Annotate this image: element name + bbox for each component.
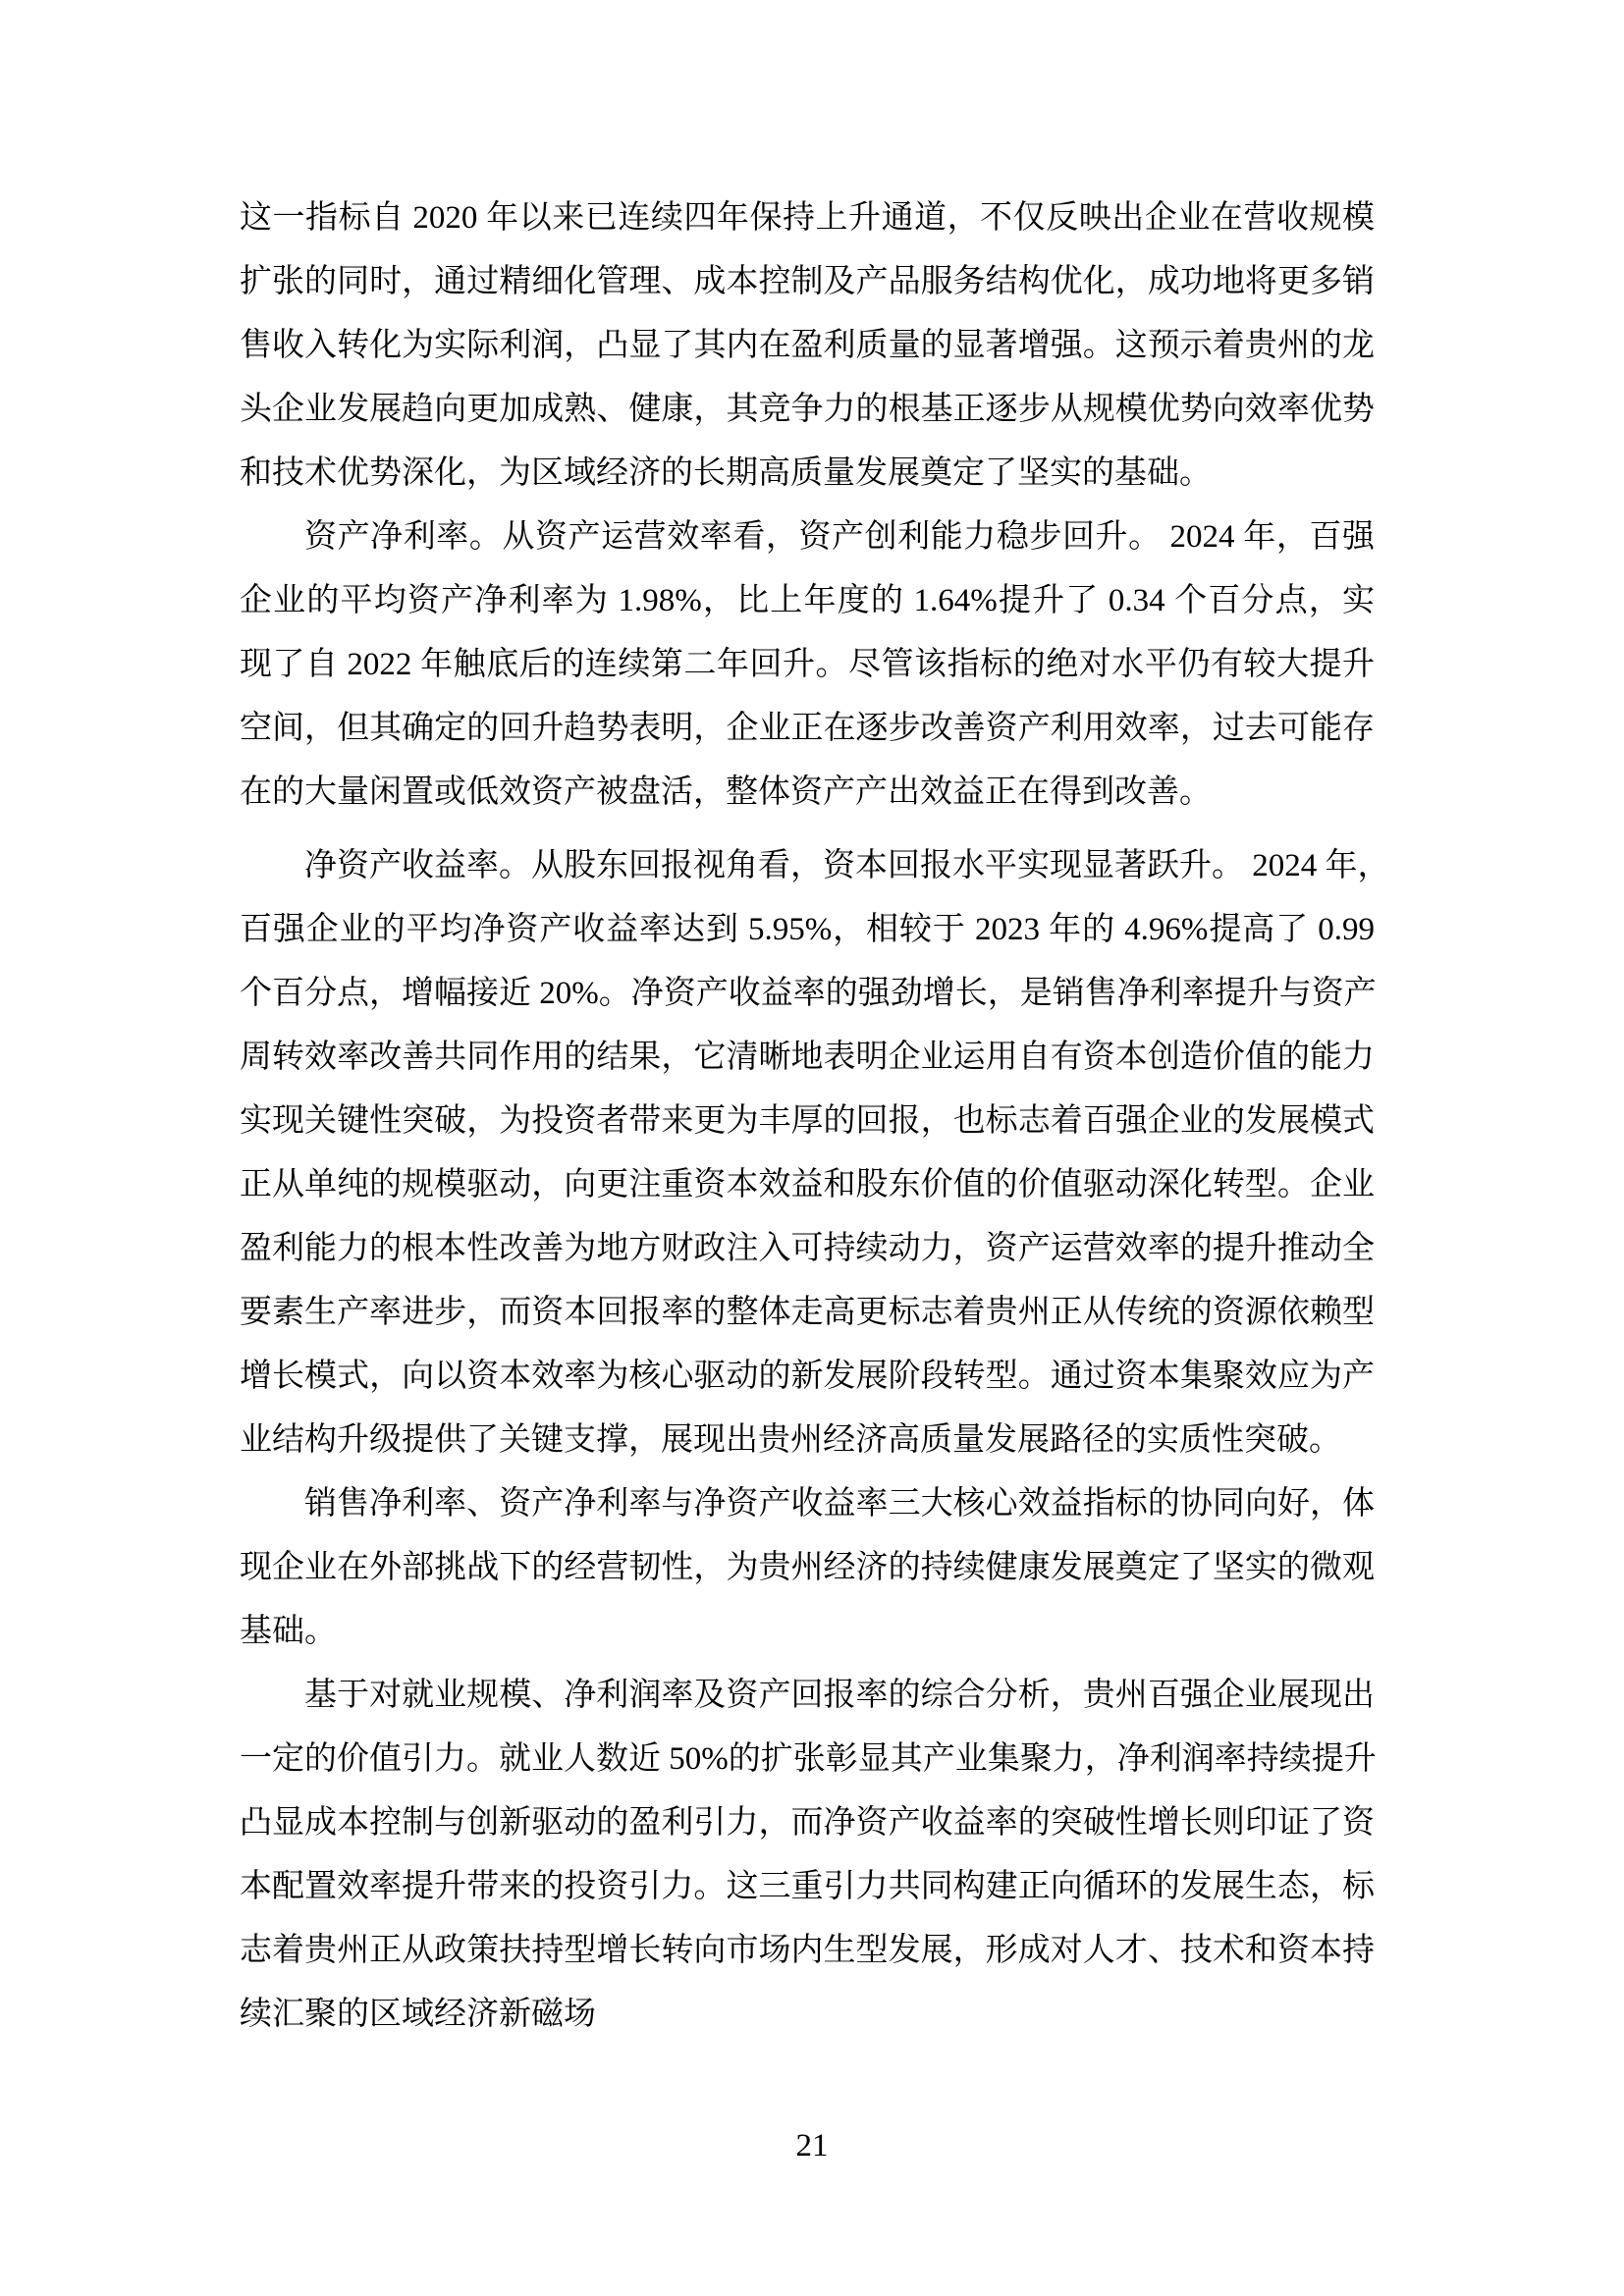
text-line: 本配置效率提升带来的投资引力。这三重引力共同构建正向循环的发展生态，标 [240,1855,1375,1919]
text-line: 增长模式，向以资本效率为核心驱动的新发展阶段转型。通过资本集聚效应为产 [240,1345,1375,1409]
paragraph: 这一指标自 2020 年以来已连续四年保持上升通道，不仅反映出企业在营收规模扩张… [240,187,1375,506]
text-line: 扩张的同时，通过精细化管理、成本控制及产品服务结构优化，成功地将更多销 [240,250,1375,314]
text-line: 一定的价值引力。就业人数近 50%的扩张彰显其产业集聚力，净利润率持续提升 [240,1728,1375,1791]
text-line: 盈利能力的根本性改善为地方财政注入可持续动力，资产运营效率的提升推动全 [240,1217,1375,1281]
text-line: 正从单纯的规模驱动，向更注重资本效益和股东价值的价值驱动深化转型。企业 [240,1153,1375,1217]
text-line: 业结构升级提供了关键支撑，展现出贵州经济高质量发展路径的实质性突破。 [240,1409,1375,1472]
text-line: 凸显成本控制与创新驱动的盈利引力，而净资产收益率的突破性增长则印证了资 [240,1791,1375,1855]
text-line: 百强企业的平均净资产收益率达到 5.95%，相较于 2023 年的 4.96%提… [240,898,1375,962]
text-line: 售收入转化为实际利润，凸显了其内在盈利质量的显著增强。这预示着贵州的龙 [240,314,1375,378]
document-page: 这一指标自 2020 年以来已连续四年保持上升通道，不仅反映出企业在营收规模扩张… [0,0,1624,2296]
paragraph: 净资产收益率。从股东回报视角看，资本回报水平实现显著跃升。 2024 年，百强企… [240,834,1375,1472]
text-line: 续汇聚的区域经济新磁场 [240,1983,1375,2047]
text-line: 实现关键性突破，为投资者带来更为丰厚的回报，也标志着百强企业的发展模式 [240,1090,1375,1153]
text-line: 和技术优势深化，为区域经济的长期高质量发展奠定了坚实的基础。 [240,442,1375,506]
text-line: 个百分点，增幅接近 20%。净资产收益率的强劲增长，是销售净利率提升与资产 [240,962,1375,1026]
text-line: 净资产收益率。从股东回报视角看，资本回报水平实现显著跃升。 2024 年， [240,834,1375,898]
paragraph: 基于对就业规模、净利润率及资产回报率的综合分析，贵州百强企业展现出一定的价值引力… [240,1664,1375,2047]
paragraph: 资产净利率。从资产运营效率看，资产创利能力稳步回升。 2024 年，百强企业的平… [240,506,1375,825]
text-line: 周转效率改善共同作用的结果，它清晰地表明企业运用自有资本创造价值的能力 [240,1026,1375,1090]
document-body: 这一指标自 2020 年以来已连续四年保持上升通道，不仅反映出企业在营收规模扩张… [240,187,1375,2047]
text-line: 销售净利率、资产净利率与净资产收益率三大核心效益指标的协同向好，体 [240,1472,1375,1536]
text-line: 要素生产率进步，而资本回报率的整体走高更标志着贵州正从传统的资源依赖型 [240,1281,1375,1345]
text-line: 志着贵州正从政策扶持型增长转向市场内生型发展，形成对人才、技术和资本持 [240,1919,1375,1983]
page-number: 21 [796,2128,829,2163]
text-line: 空间，但其确定的回升趋势表明，企业正在逐步改善资产利用效率，过去可能存 [240,697,1375,761]
page-footer: 21 [0,2116,1624,2175]
text-line: 在的大量闲置或低效资产被盘活，整体资产产出效益正在得到改善。 [240,761,1375,825]
text-line: 资产净利率。从资产运营效率看，资产创利能力稳步回升。 2024 年，百强 [240,506,1375,569]
text-line: 企业的平均资产净利率为 1.98%，比上年度的 1.64%提升了 0.34 个百… [240,569,1375,633]
text-line: 现企业在外部挑战下的经营韧性，为贵州经济的持续健康发展奠定了坚实的微观 [240,1536,1375,1600]
text-line: 这一指标自 2020 年以来已连续四年保持上升通道，不仅反映出企业在营收规模 [240,187,1375,250]
text-line: 基于对就业规模、净利润率及资产回报率的综合分析，贵州百强企业展现出 [240,1664,1375,1728]
paragraph: 销售净利率、资产净利率与净资产收益率三大核心效益指标的协同向好，体现企业在外部挑… [240,1472,1375,1664]
text-line: 基础。 [240,1600,1375,1664]
text-line: 现了自 2022 年触底后的连续第二年回升。尽管该指标的绝对水平仍有较大提升 [240,633,1375,697]
text-line: 头企业发展趋向更加成熟、健康，其竞争力的根基正逐步从规模优势向效率优势 [240,378,1375,442]
